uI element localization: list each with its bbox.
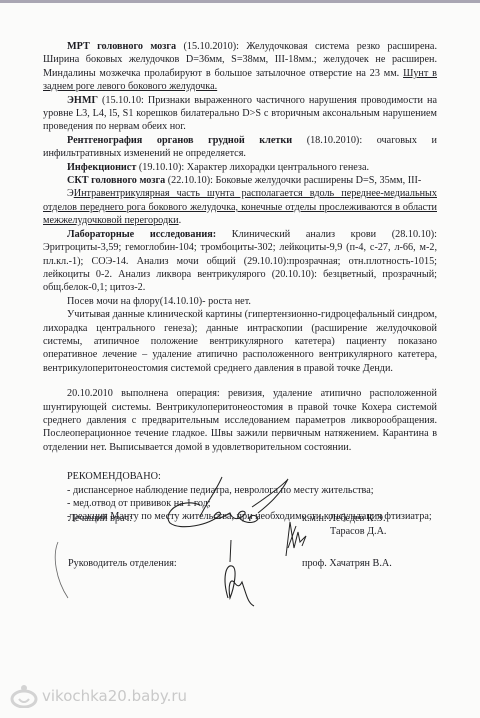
baby-face-icon [10,684,38,708]
doctor-name-1: к.м.н. Лебедев К.Э. [302,512,386,525]
head-name: проф. Хачатрян В.А. [302,557,392,570]
doctor-name-2: Тарасов Д.А. [330,525,386,538]
xray-paragraph: Рентгенография органов грудной клетки (1… [43,134,437,161]
lab-title: Лабораторные исследования: [67,229,216,240]
sct-shunt-note: Интравентрикулярная часть шунта располаг… [43,188,437,226]
urine-culture: Посев мочи на флору(14.10.10)- роста нет… [43,295,437,308]
infection-text: (19.10.10): Характер лихорадки центральн… [136,162,369,173]
doctor-signature-icon [160,475,300,535]
infection-title: Инфекционист [67,162,136,173]
watermark-text: vikochka20.baby.ru [42,687,187,705]
xray-title: Рентгенография органов грудной клетки [67,135,292,146]
sct-paragraph: СКТ головного мозга (22.10.10): Боковые … [43,174,437,187]
sct-title: СКТ головного мозга [67,175,165,186]
enmg-paragraph: ЭНМГ (15.10.10: Признаки выраженного час… [43,94,437,134]
head-signature-icon [218,538,268,608]
operation-paragraph: 20.10.2010 выполнена операция: ревизия, … [43,387,437,454]
enmg-text: (15.10.10: Признаки выраженного частично… [43,95,437,133]
sct-shunt-paragraph: ЭИнтравентрикулярная часть шунта распола… [43,187,437,227]
conclusion-paragraph: Учитывая данные клинической картины (гип… [43,308,437,375]
top-border [0,0,480,3]
enmg-title: ЭНМГ [67,95,98,106]
sct-text: (22.10.10): Боковые желудочки расширены … [165,175,421,186]
doctor-label: Лечащий врач: [68,512,132,525]
mri-title: МРТ головного мозга [67,41,176,52]
mri-paragraph: МРТ головного мозга (15.10.2010): Желудо… [43,40,437,94]
second-signature-icon [282,518,312,558]
margin-mark-icon [50,540,80,600]
sct-prefix: Э [67,188,74,199]
sct-suffix: . [179,215,182,226]
watermark: vikochka20.baby.ru [10,684,187,708]
infection-paragraph: Инфекционист (19.10.10): Характер лихора… [43,161,437,174]
head-label: Руководитель отделения: [68,557,177,570]
discharge-summary: МРТ головного мозга (15.10.2010): Желудо… [43,40,437,524]
lab-paragraph: Лабораторные исследования: Клинический а… [43,228,437,295]
